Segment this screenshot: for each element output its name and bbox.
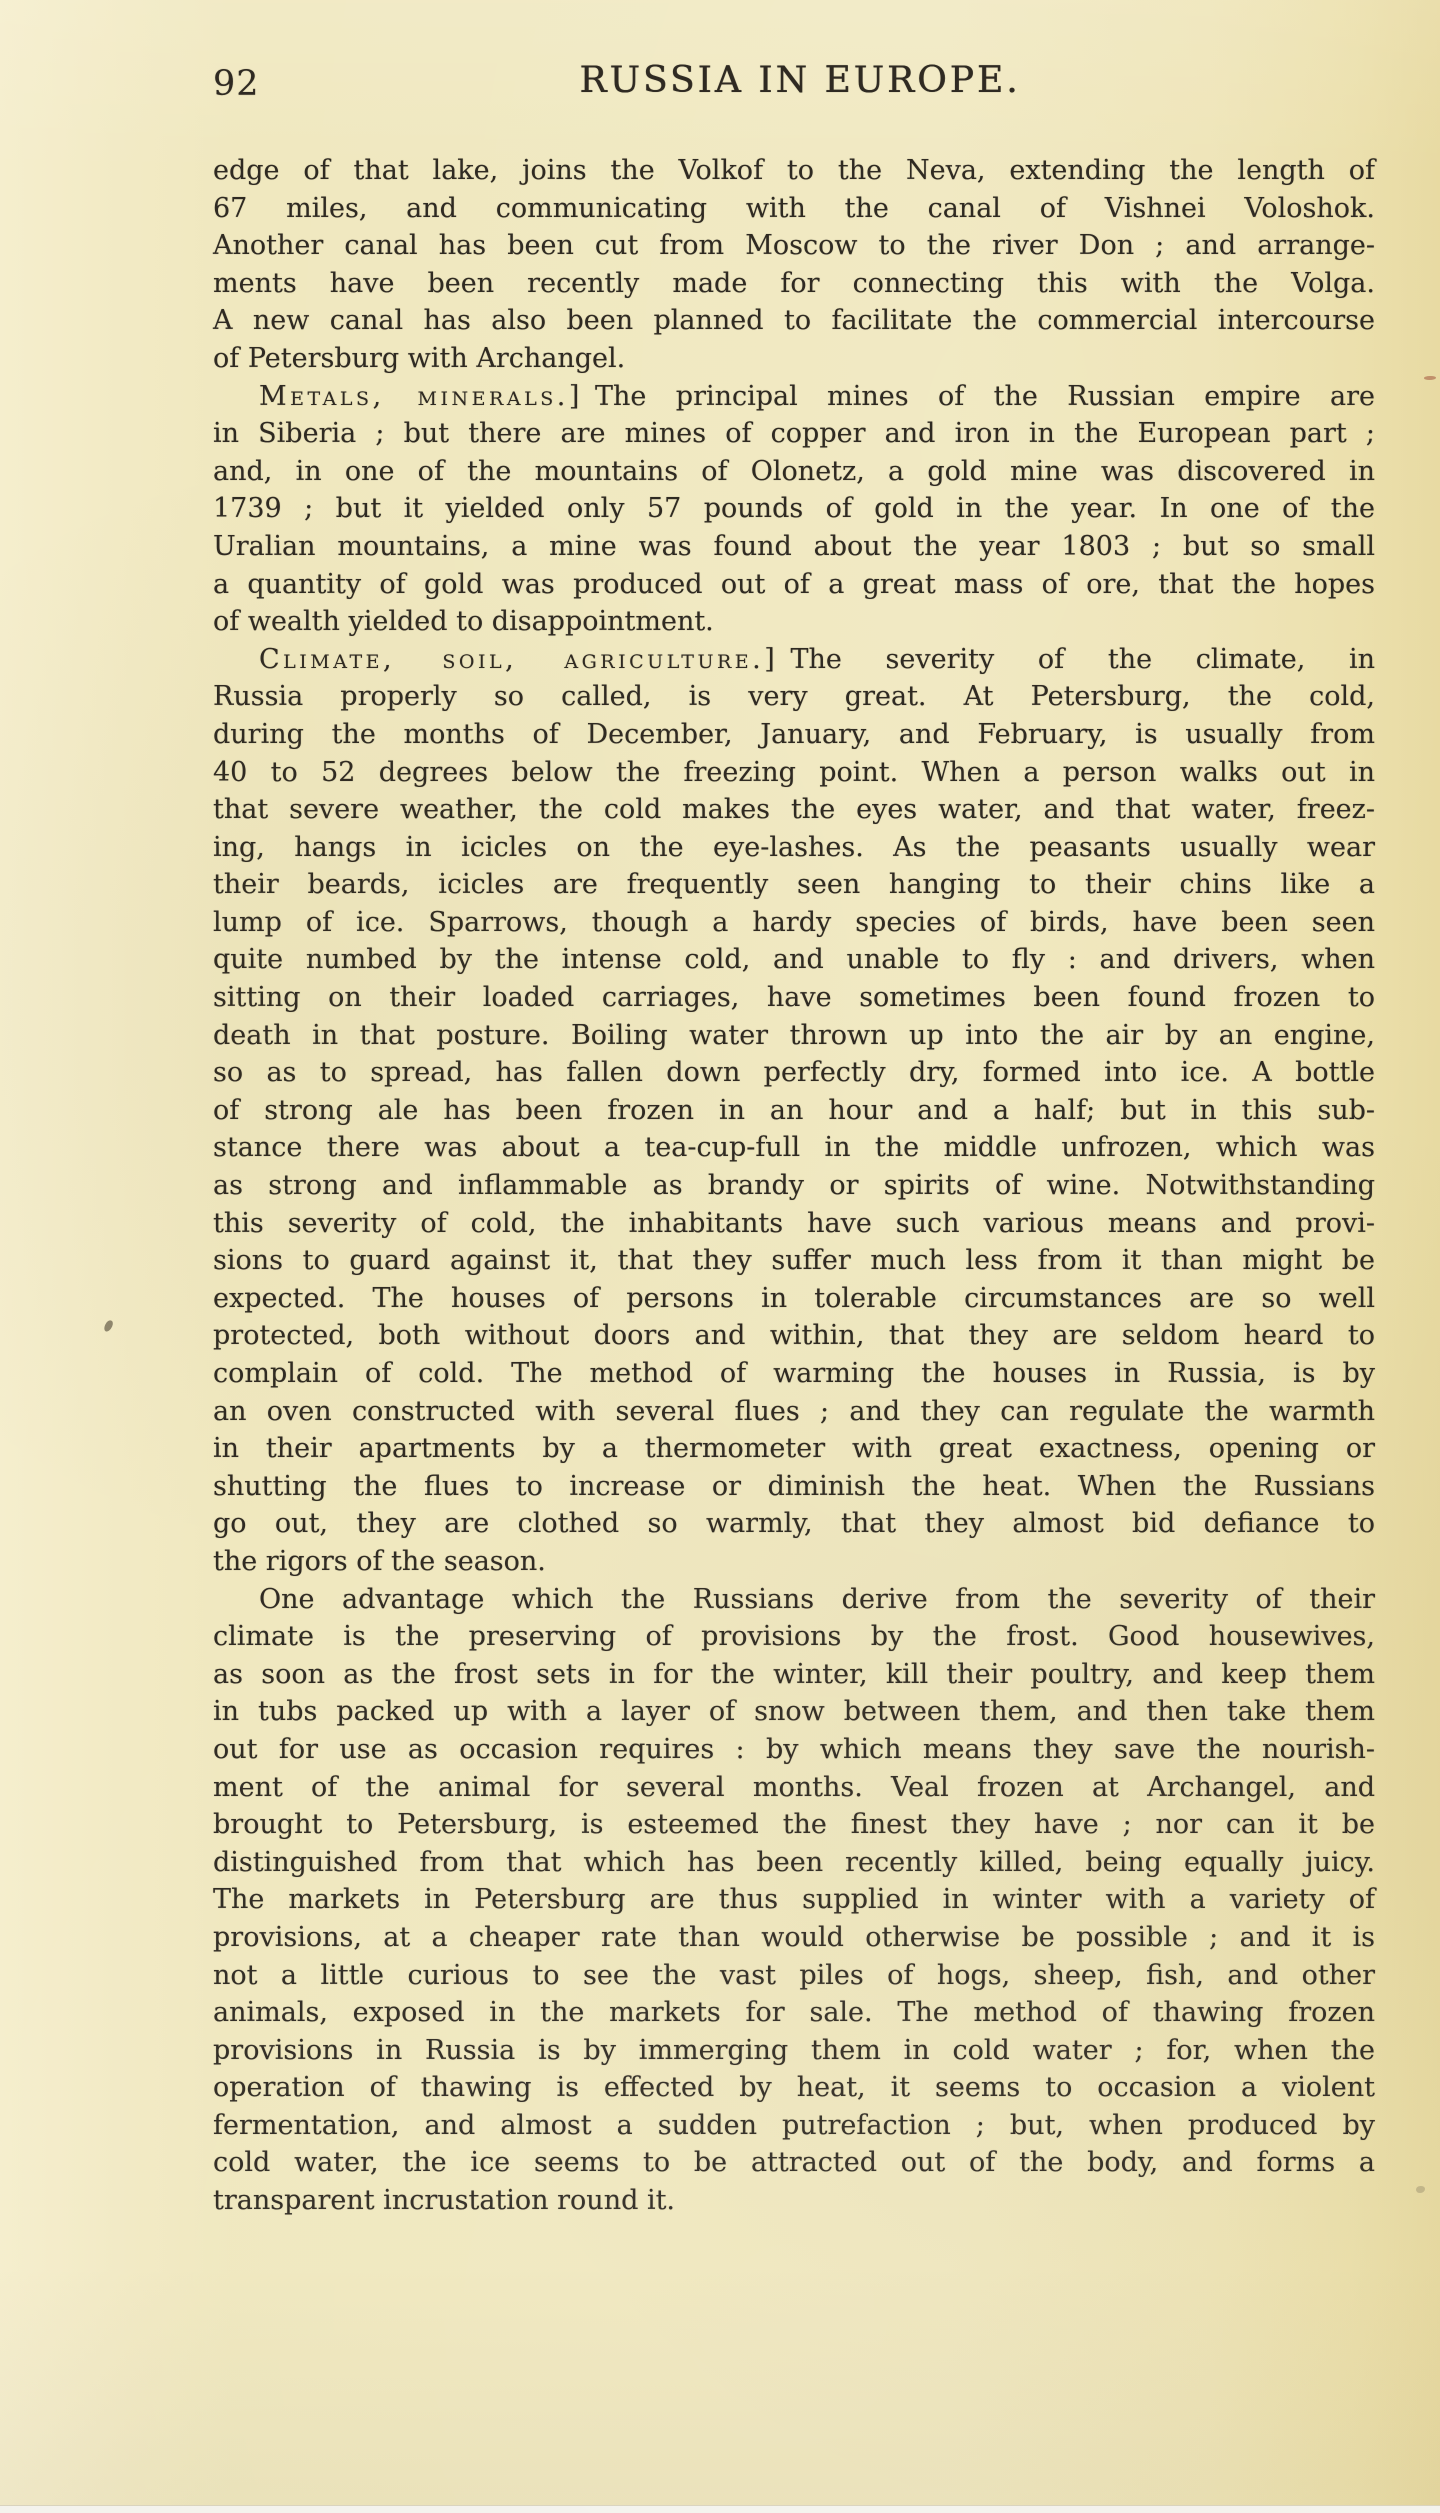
text-line: in their apartments by a thermometer wit… — [213, 1430, 1375, 1468]
text-line: Metals, minerals.]The principal mines of… — [213, 378, 1375, 416]
text-line: brought to Petersburg, is esteemed the f… — [213, 1806, 1375, 1844]
text-line: distinguished from that which has been r… — [213, 1844, 1375, 1882]
text-line: and, in one of the mountains of Olonetz,… — [213, 453, 1375, 491]
text-line: operation of thawing is effected by heat… — [213, 2069, 1375, 2107]
text-line: of Petersburg with Archangel. — [213, 340, 1375, 378]
page-body: edge of that lake, joins the Volkof to t… — [213, 152, 1375, 2220]
text-line: this severity of cold, the inhabitants h… — [213, 1205, 1375, 1243]
paragraph-metals-minerals: Metals, minerals.]The principal mines of… — [213, 378, 1375, 641]
text-line: animals, exposed in the markets for sale… — [213, 1994, 1375, 2032]
text-line: so as to spread, has fallen down perfect… — [213, 1054, 1375, 1092]
text-line: an oven constructed with several flues ;… — [213, 1393, 1375, 1431]
paragraph-climate-soil-agriculture: Climate, soil, agriculture.]The severity… — [213, 641, 1375, 1581]
text-line: provisions in Russia is by immerging the… — [213, 2032, 1375, 2070]
text-line: expected. The houses of persons in toler… — [213, 1280, 1375, 1318]
text-line: in Siberia ; but there are mines of copp… — [213, 415, 1375, 453]
text-line: their beards, icicles are frequently see… — [213, 866, 1375, 904]
text-line: sitting on their loaded carriages, have … — [213, 979, 1375, 1017]
text-line: A new canal has also been planned to fac… — [213, 302, 1375, 340]
text-line: out for use as occasion requires : by wh… — [213, 1731, 1375, 1769]
ink-speck — [1424, 376, 1436, 380]
text-line: not a little curious to see the vast pil… — [213, 1957, 1375, 1995]
page-number: 92 — [213, 64, 260, 104]
text-line: ment of the animal for several months. V… — [213, 1769, 1375, 1807]
text-line: that severe weather, the cold makes the … — [213, 791, 1375, 829]
text-line: shutting the flues to increase or dimini… — [213, 1468, 1375, 1506]
text-line: 1739 ; but it yielded only 57 pounds of … — [213, 490, 1375, 528]
text-line: go out, they are clothed so warmly, that… — [213, 1505, 1375, 1543]
page-header: 92 RUSSIA IN EUROPE. — [0, 0, 1440, 120]
text-line: One advantage which the Russians derive … — [213, 1581, 1375, 1619]
text-line: of wealth yielded to disappointment. — [213, 603, 1375, 641]
section-sidehead: Climate, soil, agriculture.] — [259, 644, 778, 675]
paragraph-frost-preserving: One advantage which the Russians derive … — [213, 1581, 1375, 2220]
book-page-scan: 92 RUSSIA IN EUROPE. edge of that lake, … — [0, 0, 1440, 2513]
text-line: edge of that lake, joins the Volkof to t… — [213, 152, 1375, 190]
text-line: ments have been recently made for connec… — [213, 265, 1375, 303]
text-line: complain of cold. The method of warming … — [213, 1355, 1375, 1393]
text-line: fermentation, and almost a sudden putref… — [213, 2107, 1375, 2145]
text-line: the rigors of the season. — [213, 1543, 1375, 1581]
text-line: The markets in Petersburg are thus suppl… — [213, 1881, 1375, 1919]
text-line: during the months of December, January, … — [213, 716, 1375, 754]
ink-speck — [103, 1319, 114, 1333]
text-line: sions to guard against it, that they suf… — [213, 1242, 1375, 1280]
text-line: a quantity of gold was produced out of a… — [213, 566, 1375, 604]
text-line: Uralian mountains, a mine was found abou… — [213, 528, 1375, 566]
text-line: in tubs packed up with a layer of snow b… — [213, 1693, 1375, 1731]
ink-speck — [1416, 2186, 1425, 2193]
text-line: Climate, soil, agriculture.]The severity… — [213, 641, 1375, 679]
text-line: provisions, at a cheaper rate than would… — [213, 1919, 1375, 1957]
paragraph: edge of that lake, joins the Volkof to t… — [213, 152, 1375, 378]
text-line: death in that posture. Boiling water thr… — [213, 1017, 1375, 1055]
text-line: quite numbed by the intense cold, and un… — [213, 941, 1375, 979]
text-line: 67 miles, and communicating with the can… — [213, 190, 1375, 228]
section-sidehead: Metals, minerals.] — [259, 381, 583, 412]
text-line: as soon as the frost sets in for the win… — [213, 1656, 1375, 1694]
text-line: lump of ice. Sparrows, though a hardy sp… — [213, 904, 1375, 942]
scan-bottom-edge — [0, 2505, 1440, 2513]
text-line: protected, both without doors and within… — [213, 1317, 1375, 1355]
text-line: cold water, the ice seems to be attracte… — [213, 2144, 1375, 2182]
text-line: Another canal has been cut from Moscow t… — [213, 227, 1375, 265]
text-line: Russia properly so called, is very great… — [213, 678, 1375, 716]
text-line: 40 to 52 degrees below the freezing poin… — [213, 754, 1375, 792]
text-line: climate is the preserving of provisions … — [213, 1618, 1375, 1656]
running-title: RUSSIA IN EUROPE. — [579, 60, 1020, 101]
text-line: of strong ale has been frozen in an hour… — [213, 1092, 1375, 1130]
text-line: transparent incrustation round it. — [213, 2182, 1375, 2220]
text-line: as strong and inflammable as brandy or s… — [213, 1167, 1375, 1205]
text-line: ing, hangs in icicles on the eye-lashes.… — [213, 829, 1375, 867]
text-line: stance there was about a tea-cup-full in… — [213, 1129, 1375, 1167]
